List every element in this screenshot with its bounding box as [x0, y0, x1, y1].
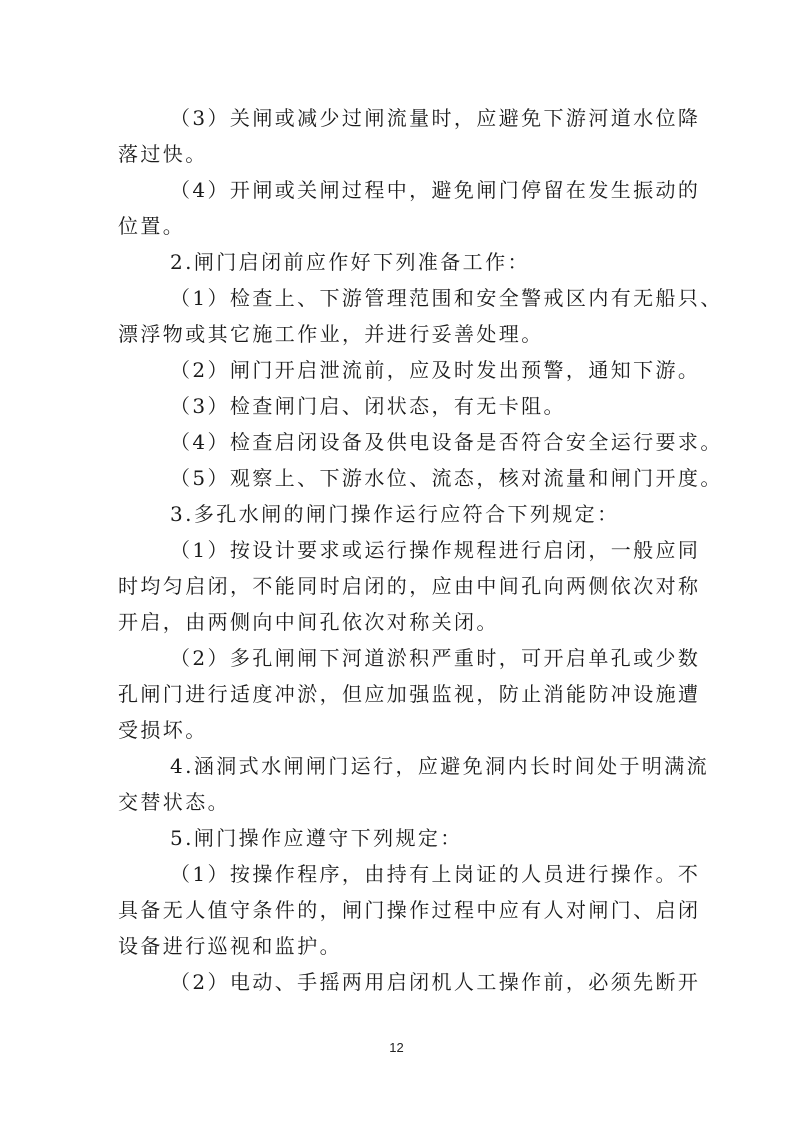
- text-line: （3）关闸或减少过闸流量时，应避免下游河道水位降: [170, 100, 700, 136]
- text-line: （2）电动、手摇两用启闭机人工操作前，必须先断开: [170, 964, 700, 1000]
- text-line: （1）按设计要求或运行操作规程进行启闭，一般应同: [170, 532, 700, 568]
- section-heading: 5.闸门操作应遵守下列规定：: [170, 820, 463, 856]
- text-line: （1）按操作程序，由持有上岗证的人员进行操作。不: [170, 856, 700, 892]
- section-heading: 2.闸门启闭前应作好下列准备工作：: [170, 244, 530, 280]
- text-line: 时均匀启闭，不能同时启闭的，应由中间孔向两侧依次对称: [118, 568, 700, 604]
- text-line: 具备无人值守条件的，闸门操作过程中应有人对闸门、启闭: [118, 892, 700, 928]
- text-line: 漂浮物或其它施工作业，并进行妥善处理。: [118, 316, 544, 352]
- text-line: 开启，由两侧向中间孔依次对称关闭。: [118, 604, 499, 640]
- text-line: （2）闸门开启泄流前，应及时发出预警，通知下游。: [170, 352, 700, 388]
- text-line: 孔闸门进行适度冲淤，但应加强监视，防止消能防冲设施遭: [118, 676, 700, 712]
- section-heading: 3.多孔水闸的闸门操作运行应符合下列规定：: [170, 496, 619, 532]
- text-line: 设备进行巡视和监护。: [118, 928, 342, 964]
- text-line: 交替状态。: [118, 784, 230, 820]
- text-line: 落过快。: [118, 136, 208, 172]
- text-line: （1）检查上、下游管理范围和安全警戒区内有无船只、: [170, 280, 723, 316]
- text-line: （5）观察上、下游水位、流态，核对流量和闸门开度。: [170, 460, 723, 496]
- text-line: 受损坏。: [118, 712, 208, 748]
- text-line: （4）开闸或关闸过程中，避免闸门停留在发生振动的: [170, 172, 700, 208]
- section-heading: 4.涵洞式水闸闸门运行，应避免洞内长时间处于明满流: [170, 748, 709, 784]
- page-number: 12: [0, 1040, 793, 1055]
- text-line: （2）多孔闸闸下河道淤积严重时，可开启单孔或少数: [170, 640, 700, 676]
- text-line: （4）检查启闭设备及供电设备是否符合安全运行要求。: [170, 424, 723, 460]
- text-line: 位置。: [118, 208, 185, 244]
- text-line: （3）检查闸门启、闭状态，有无卡阻。: [170, 388, 566, 424]
